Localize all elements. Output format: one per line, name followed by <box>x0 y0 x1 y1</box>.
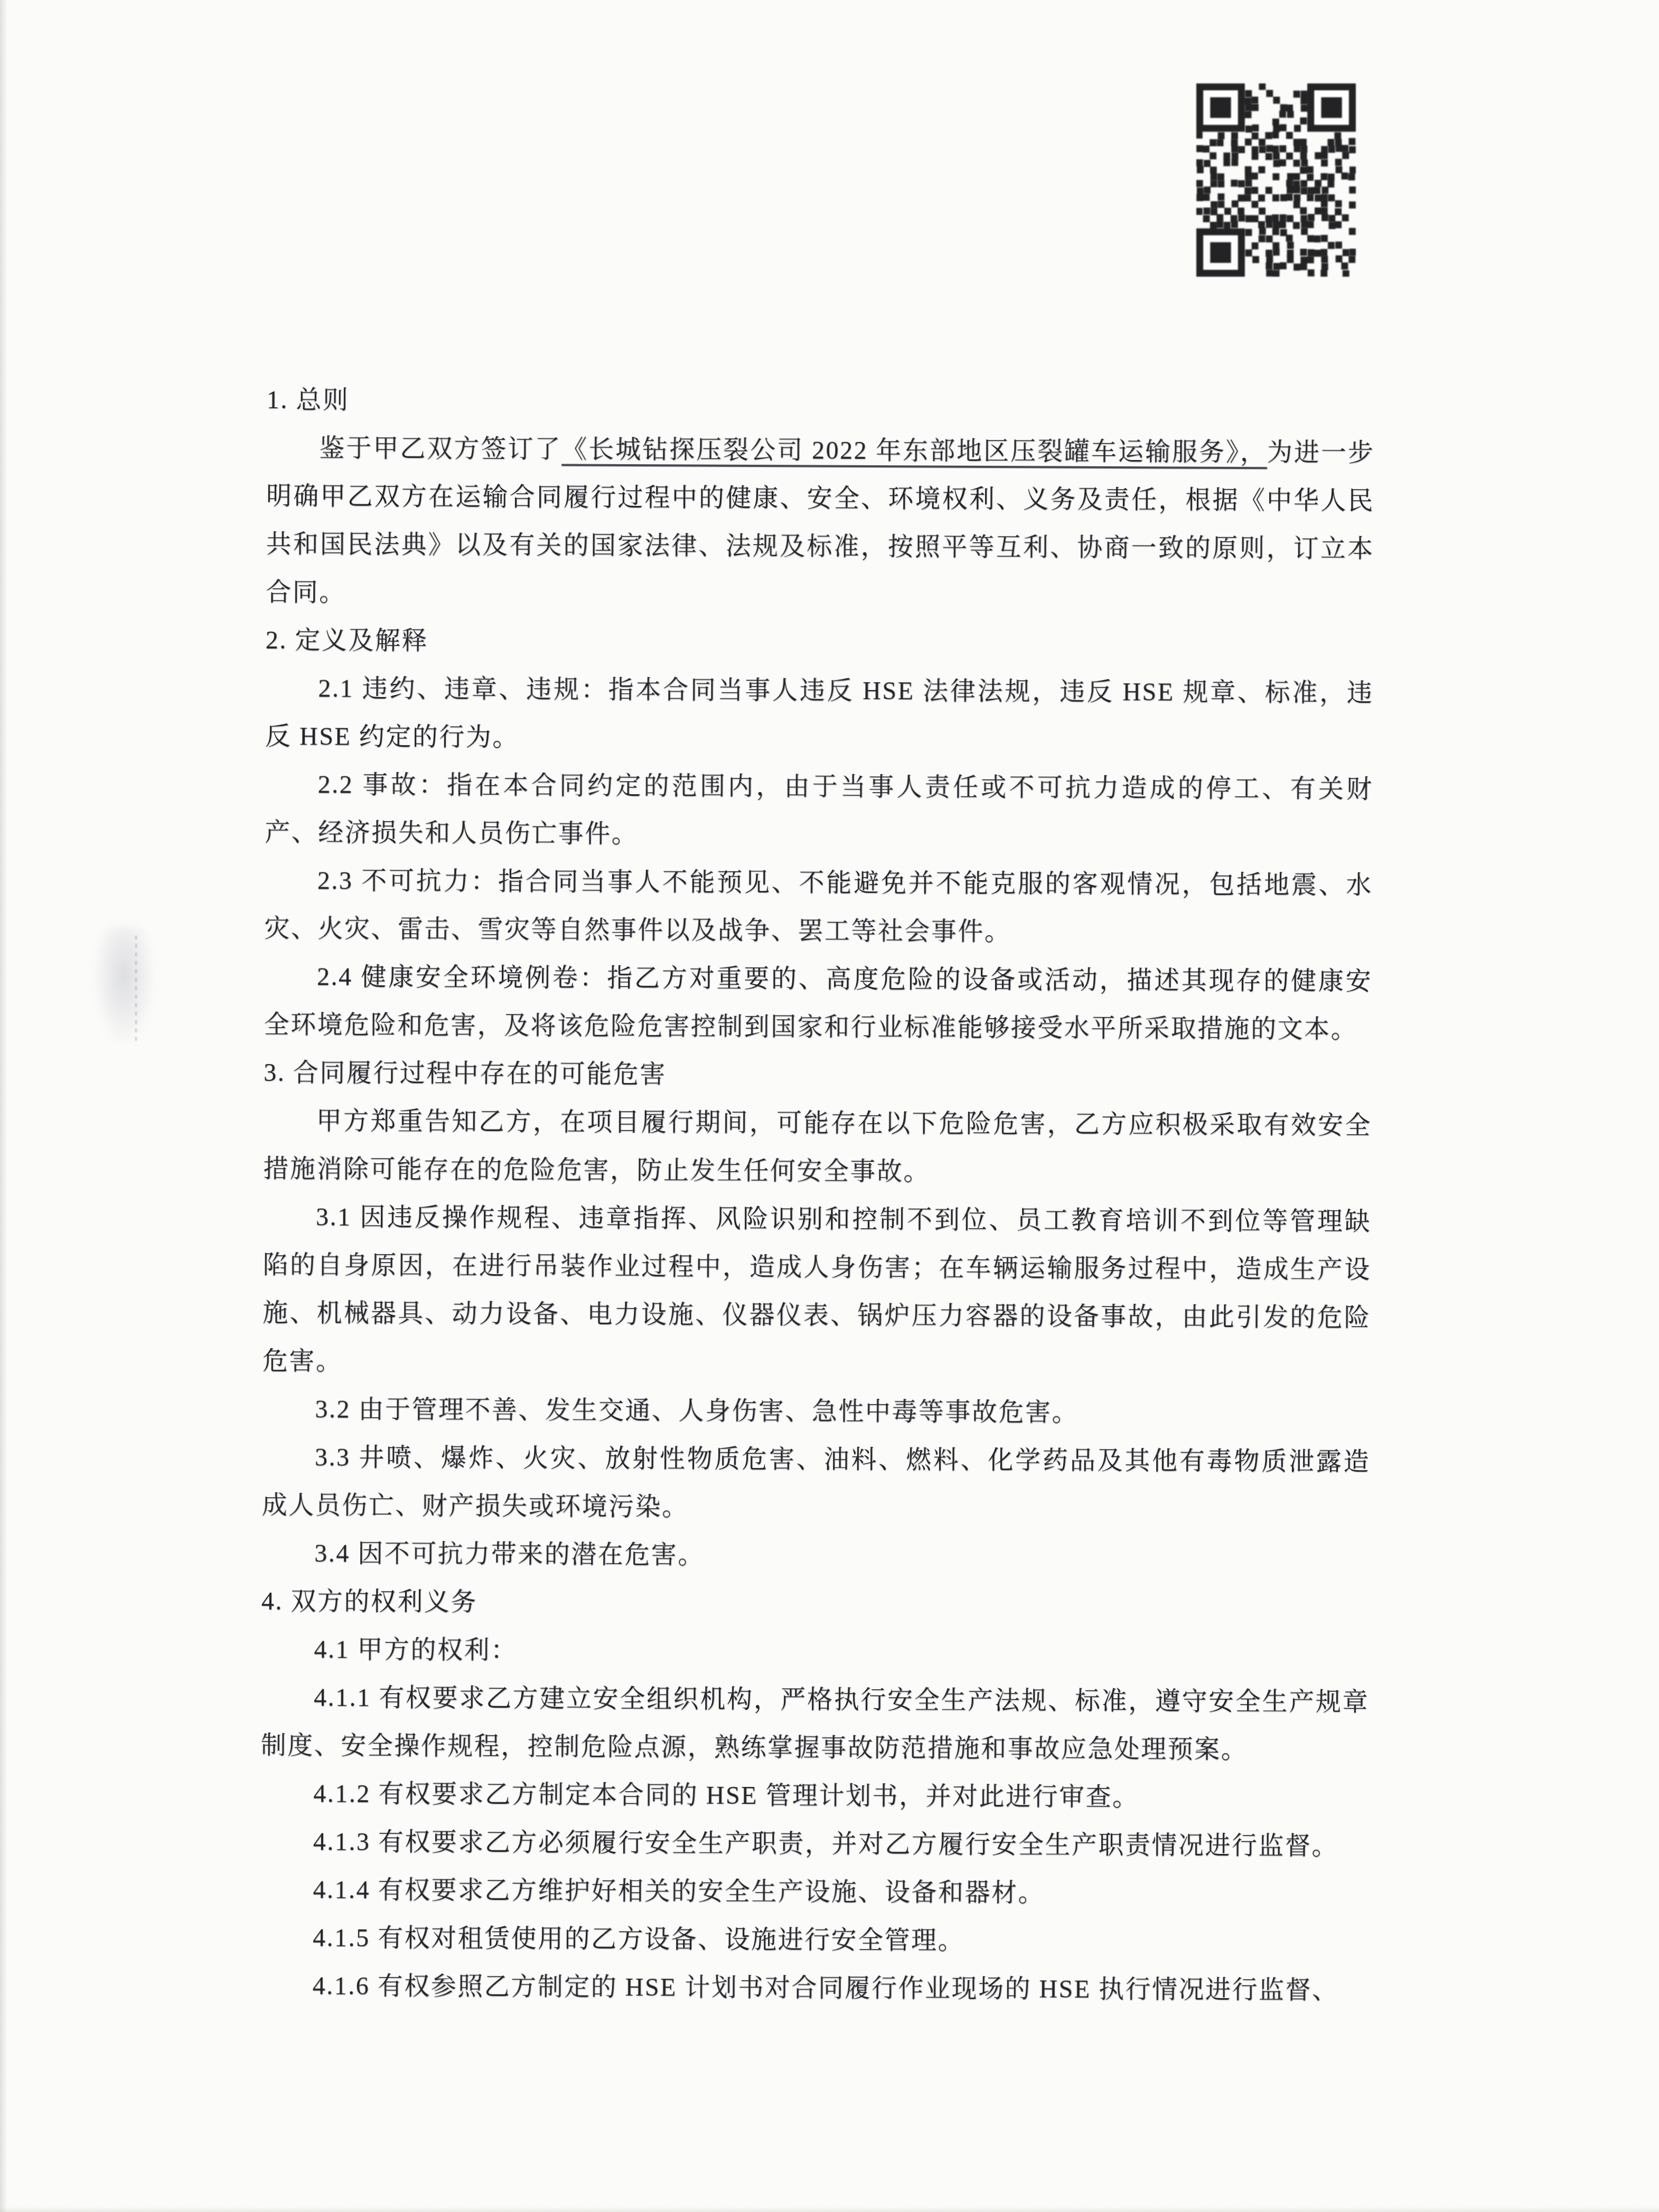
scan-smudge <box>92 927 156 1048</box>
paragraph-2-2: 2.2 事故：指在本合同约定的范围内，由于当事人责任或不可抗力造成的停工、有关财… <box>265 760 1373 861</box>
paragraph-3-2: 3.2 由于管理不善、发生交通、人身伤害、急性中毒等事故危害。 <box>262 1385 1370 1438</box>
intro-pre: 鉴于甲乙双方签订了 <box>319 434 561 463</box>
page-edge-shadow-bottom <box>0 2207 1659 2212</box>
paragraph-3-3: 3.3 井喷、爆炸、火灾、放射性物质危害、油料、燃料、化学药品及其他有毒物质泄露… <box>261 1433 1370 1534</box>
paragraph-3-intro: 甲方郑重告知乙方，在项目履行期间，可能存在以下危险危害，乙方应积极采取有效安全措… <box>263 1097 1372 1198</box>
section-heading-3: 3. 合同履行过程中存在的可能危害 <box>264 1049 1372 1102</box>
paragraph-2-4: 2.4 健康安全环境例卷：指乙方对重要的、高度危险的设备或活动，描述其现存的健康… <box>264 953 1372 1053</box>
section-heading-4: 4. 双方的权利义务 <box>261 1577 1370 1630</box>
page-edge-shadow-left <box>0 0 7 2212</box>
paragraph-4-1-2: 4.1.2 有权要求乙方制定本合同的 HSE 管理计划书，并对此进行审查。 <box>260 1769 1369 1822</box>
contract-title-underlined: 《长城钻探压裂公司 2022 年东部地区压裂罐车运输服务》， <box>561 435 1267 466</box>
paragraph-4-1-5: 4.1.5 有权对租赁使用的乙方设备、设施进行安全管理。 <box>260 1914 1368 1966</box>
scan-fold-mark <box>135 936 137 1041</box>
paragraph-general-intro: 鉴于甲乙双方签订了《长城钻探压裂公司 2022 年东部地区压裂罐车运输服务》，为… <box>266 424 1375 621</box>
paragraph-2-1: 2.1 违约、违章、违规：指本合同当事人违反 HSE 法律法规，违反 HSE 规… <box>265 664 1374 765</box>
paragraph-4-1-3: 4.1.3 有权要求乙方必须履行安全生产职责，并对乙方履行安全生产职责情况进行监… <box>260 1818 1369 1870</box>
paragraph-4-1-1: 4.1.1 有权要求乙方建立安全组织机构，严格执行安全生产法规、标准，遵守安全生… <box>260 1673 1369 1774</box>
paragraph-4-1: 4.1 甲方的权利： <box>261 1625 1369 1678</box>
paragraph-3-4: 3.4 因不可抗力带来的潜在危害。 <box>261 1529 1370 1582</box>
section-heading-1: 1. 总则 <box>267 376 1375 429</box>
contract-text-block: 1. 总则 鉴于甲乙双方签订了《长城钻探压裂公司 2022 年东部地区压裂罐车运… <box>259 376 1374 2015</box>
section-heading-2: 2. 定义及解释 <box>266 616 1374 669</box>
qr-code-icon <box>1196 83 1356 277</box>
paragraph-2-3: 2.3 不可抗力：指合同当事人不能预见、不能避免并不能克服的客观情况，包括地震、… <box>264 856 1373 957</box>
paragraph-4-1-6: 4.1.6 有权参照乙方制定的 HSE 计划书对合同履行作业现场的 HSE 执行… <box>259 1962 1367 2015</box>
paragraph-4-1-4: 4.1.4 有权要求乙方维护好相关的安全生产设施、设备和器材。 <box>260 1866 1368 1918</box>
paragraph-3-1: 3.1 因违反操作规程、违章指挥、风险识别和控制不到位、员工教育培训不到位等管理… <box>263 1193 1372 1390</box>
contract-scan-page: { "page": { "background": "#fbfbf9", "in… <box>0 0 1659 2212</box>
qr-code-svg <box>1196 83 1356 277</box>
